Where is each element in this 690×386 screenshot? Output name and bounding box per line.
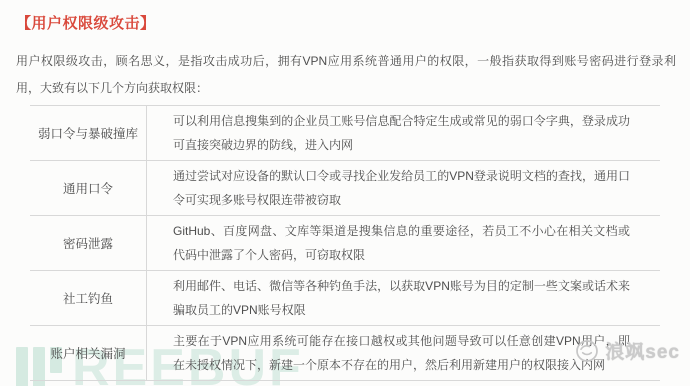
method-description-cell: 通过尝试对应设备的默认口令或寻找企业发给员工的VPN登录说明文档的查找，通用口令… xyxy=(147,161,661,216)
langsa-sec-text: 浪飒sec xyxy=(605,337,680,364)
method-name-cell: 社工钓鱼 xyxy=(30,271,147,326)
langsa-sec-logo: 浪飒sec xyxy=(574,337,680,364)
table-row: 弱口令与暴破撞库 可以利用信息搜集到的企业员工账号信息配合特定生成或常见的弱口令… xyxy=(30,106,660,161)
method-description-cell: 利用邮件、电话、微信等各种钓鱼手法，以获取VPN账号为目的定制一些文案或话术来骗… xyxy=(147,271,661,326)
table-row: 社工钓鱼 利用邮件、电话、微信等各种钓鱼手法，以获取VPN账号为目的定制一些文案… xyxy=(30,271,660,326)
method-description-cell: GitHub、百度网盘、文库等渠道是搜集信息的重要途径，若员工不小心在相关文档或… xyxy=(147,216,661,271)
article-page: 【用户权限级攻击】 用户权限级攻击，顾名思义，是指攻击成功后，拥有VPN应用系统… xyxy=(0,12,690,381)
table-row: 通用口令 通过尝试对应设备的默认口令或寻找企业发给员工的VPN登录说明文档的查找… xyxy=(30,161,660,216)
attack-methods-table: 弱口令与暴破撞库 可以利用信息搜集到的企业员工账号信息配合特定生成或常见的弱口令… xyxy=(30,105,660,381)
section-title: 【用户权限级攻击】 xyxy=(16,12,690,33)
method-description-cell: 可以利用信息搜集到的企业员工账号信息配合特定生成或常见的弱口令字典，登录成功可直… xyxy=(147,106,661,161)
table-row: 密码泄露 GitHub、百度网盘、文库等渠道是搜集信息的重要途径，若员工不小心在… xyxy=(30,216,660,271)
method-name-cell: 弱口令与暴破撞库 xyxy=(30,106,147,161)
langsa-sec-icon xyxy=(574,338,600,364)
method-name-cell: 密码泄露 xyxy=(30,216,147,271)
method-name-cell: 通用口令 xyxy=(30,161,147,216)
table-row: 账户相关漏洞 主要在于VPN应用系统可能存在接口越权或其他问题导致可以任意创建V… xyxy=(30,326,660,381)
method-name-cell: 账户相关漏洞 xyxy=(30,326,147,381)
intro-paragraph: 用户权限级攻击，顾名思义，是指攻击成功后，拥有VPN应用系统普通用户的权限，一般… xyxy=(16,48,676,102)
